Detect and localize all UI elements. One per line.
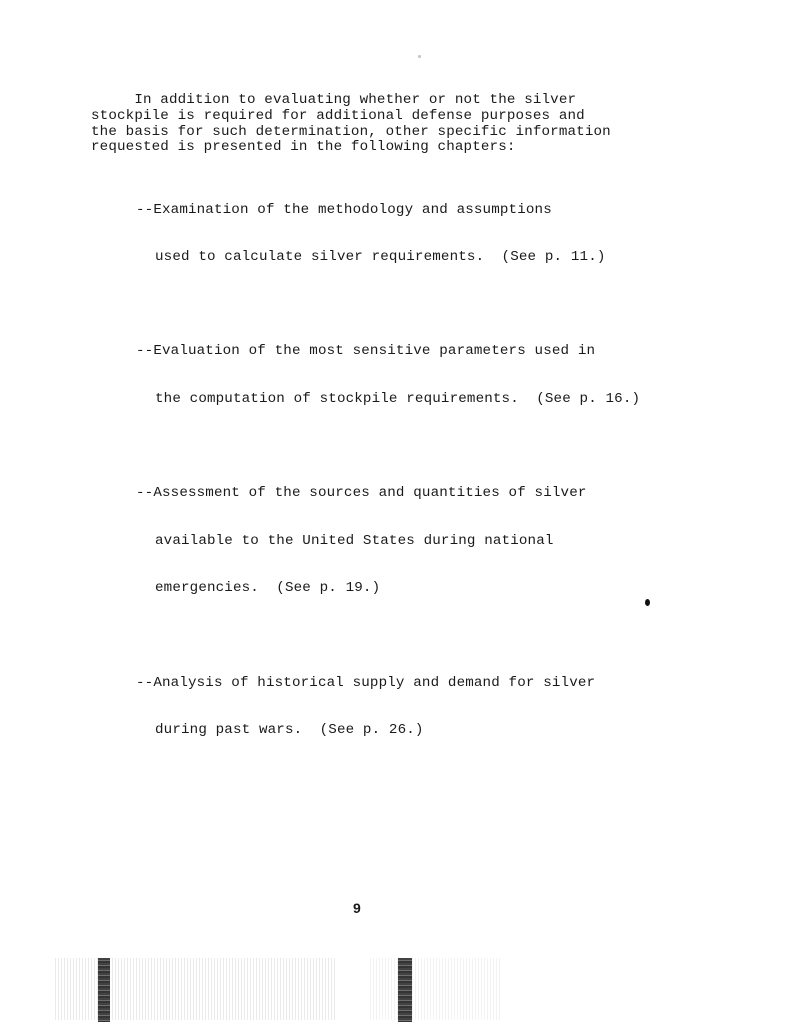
paragraph-line: requested is presented in the following …	[91, 139, 516, 155]
scan-noise	[398, 958, 412, 1022]
bullet-line: emergencies. (See p. 19.)	[136, 581, 676, 597]
bullet-line: during past wars. (See p. 26.)	[136, 723, 676, 739]
intro-paragraph: In addition to evaluating whether or not…	[91, 93, 651, 156]
document-page: In addition to evaluating whether or not…	[0, 0, 802, 1024]
chapter-list: --Examination of the methodology and ass…	[136, 171, 676, 786]
scan-speck	[645, 599, 650, 606]
bullet-line: --Evaluation of the most sensitive param…	[136, 344, 676, 360]
scan-noise	[370, 958, 500, 1020]
bullet-line: --Analysis of historical supply and dema…	[136, 676, 676, 692]
bullet-line: --Examination of the methodology and ass…	[136, 203, 676, 219]
page-number: 9	[353, 900, 361, 916]
bullet-line: the computation of stockpile requirement…	[136, 392, 676, 408]
bullet-line: available to the United States during na…	[136, 534, 676, 550]
chapter-item-sources: --Assessment of the sources and quantiti…	[136, 455, 676, 629]
bullet-line: --Assessment of the sources and quantiti…	[136, 486, 676, 502]
scan-speck	[418, 55, 421, 58]
paragraph-line: In addition to evaluating whether or not…	[91, 92, 576, 108]
scan-noise	[98, 958, 110, 1022]
chapter-item-methodology: --Examination of the methodology and ass…	[136, 171, 676, 297]
paragraph-line: the basis for such determination, other …	[91, 124, 611, 140]
chapter-item-parameters: --Evaluation of the most sensitive param…	[136, 313, 676, 439]
chapter-item-history: --Analysis of historical supply and dema…	[136, 644, 676, 770]
scan-noise	[55, 958, 335, 1020]
paragraph-line: stockpile is required for additional def…	[91, 108, 585, 124]
bullet-line: used to calculate silver requirements. (…	[136, 250, 676, 266]
